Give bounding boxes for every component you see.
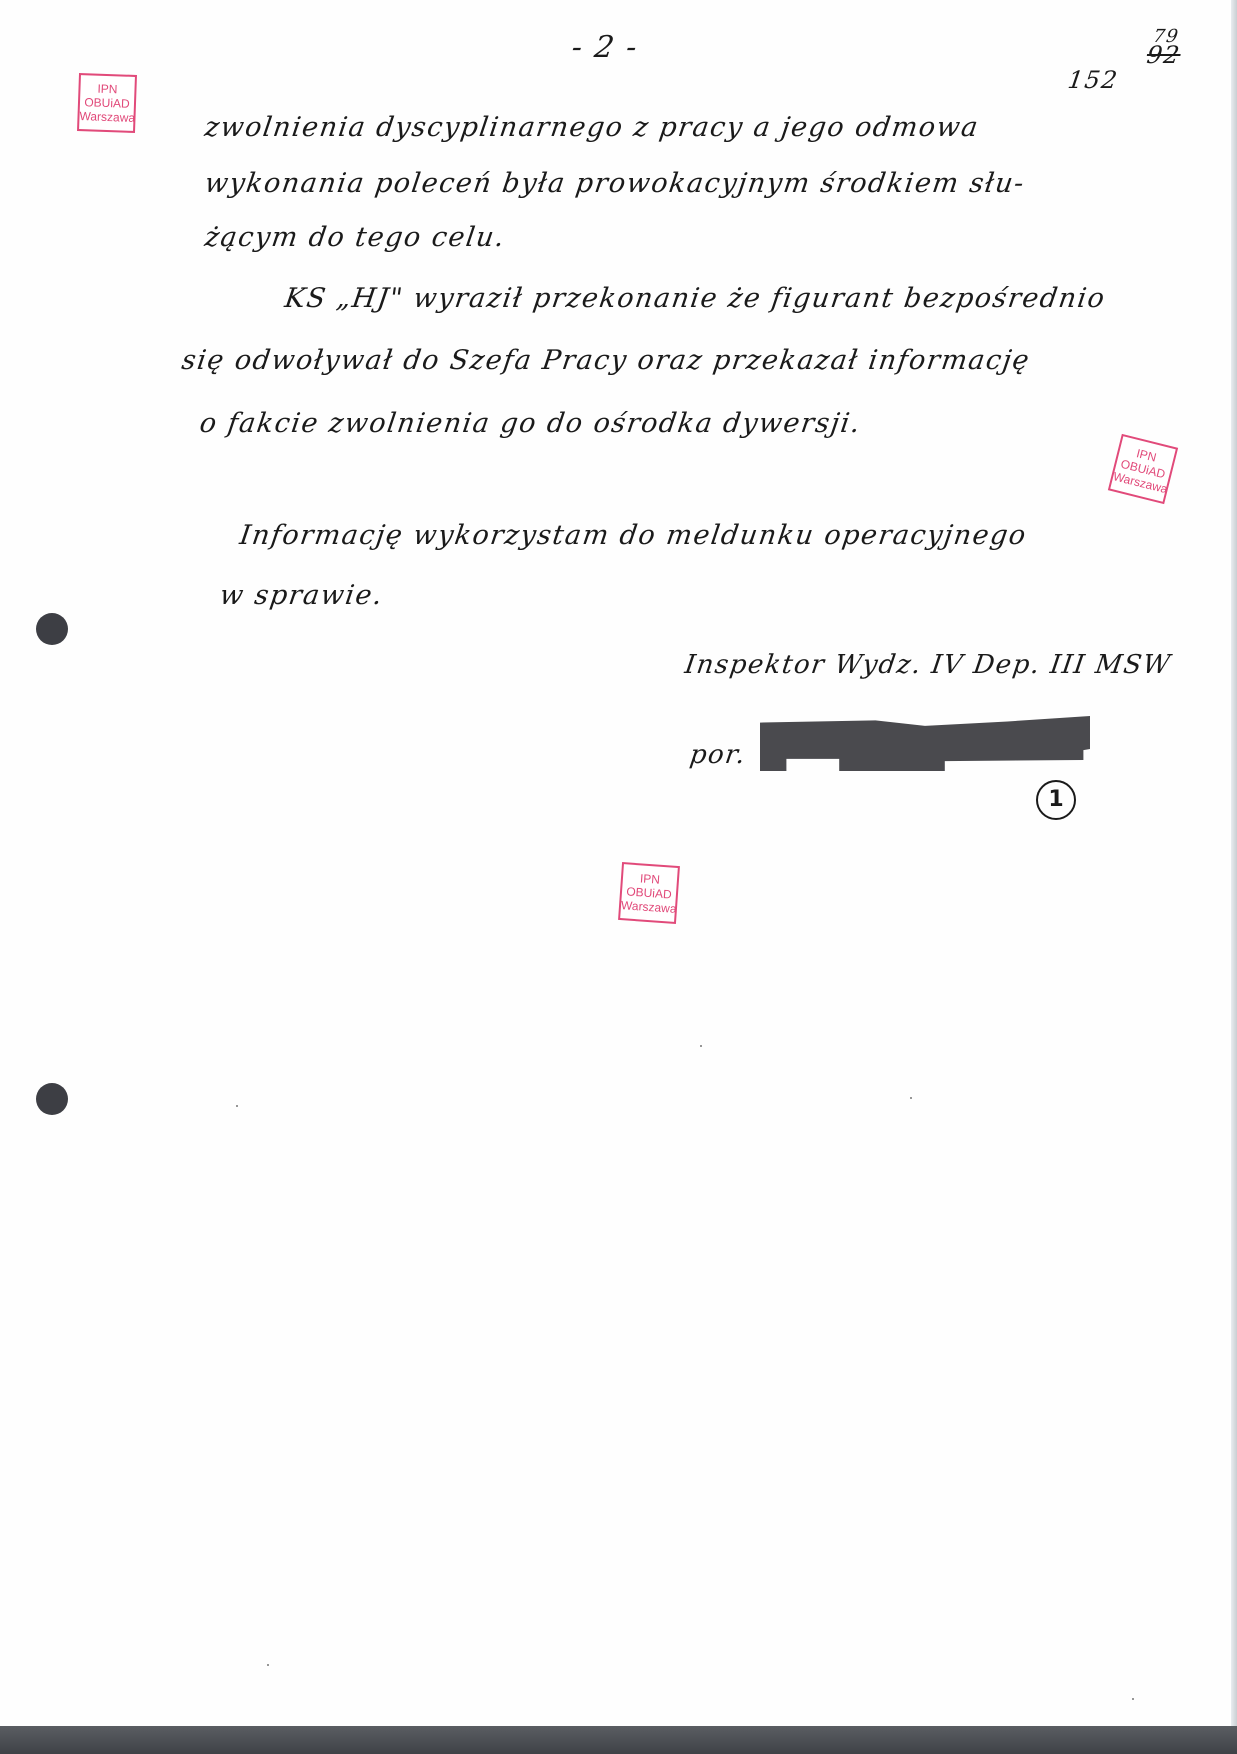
handwritten-line: żącym do tego celu.: [203, 222, 508, 253]
scan-speck: [236, 1105, 238, 1107]
scan-page-edge: [1231, 0, 1237, 1726]
previous-folio: 79 92: [1145, 28, 1184, 67]
stamp-line: Warszawa: [79, 109, 133, 125]
handwritten-line: zwolnienia dyscyplinarnego z pracy a jeg…: [203, 112, 981, 143]
handwritten-line: o fakcie zwolnienia go do ośrodka dywers…: [198, 408, 863, 439]
scan-speck: [910, 1097, 912, 1099]
stamp-line: Warszawa: [621, 898, 676, 916]
previous-folio-crossed: 92: [1145, 41, 1182, 69]
handwritten-line: się odwoływał do Szefa Pracy oraz przeka…: [180, 345, 1032, 376]
scan-speck: [267, 1664, 269, 1666]
handwritten-line: KS „HJ" wyraził przekonanie że figurant …: [283, 283, 1108, 314]
ipn-archive-stamp: IPN OBUiAD Warszawa: [618, 862, 680, 924]
handwritten-line: wykonania poleceń była prowokacyjnym śro…: [203, 168, 1027, 199]
signature-rank: por.: [688, 740, 748, 770]
folio-number: 152: [1066, 66, 1120, 94]
punch-hole: [36, 613, 68, 645]
redacted-name-block: [760, 716, 1090, 771]
signature-title: Inspektor Wydz. IV Dep. III MSW: [683, 650, 1173, 680]
ipn-archive-stamp: IPN OBUiAD Warszawa: [1108, 434, 1178, 504]
scanner-bottom-border: [0, 1726, 1237, 1754]
handwritten-line: w sprawie.: [218, 580, 386, 611]
scan-speck: [700, 1045, 702, 1047]
ipn-archive-stamp: IPN OBUiAD Warszawa: [77, 73, 137, 133]
scanned-page: - 2 - 152 79 92 IPN OBUiAD Warszawa zwol…: [0, 0, 1237, 1726]
punch-hole: [36, 1083, 68, 1115]
page-number: - 2 -: [570, 30, 641, 65]
handwritten-line: Informację wykorzystam do meldunku opera…: [238, 520, 1029, 551]
scan-speck: [1132, 1698, 1134, 1700]
circled-annotation: 1: [1036, 780, 1076, 820]
